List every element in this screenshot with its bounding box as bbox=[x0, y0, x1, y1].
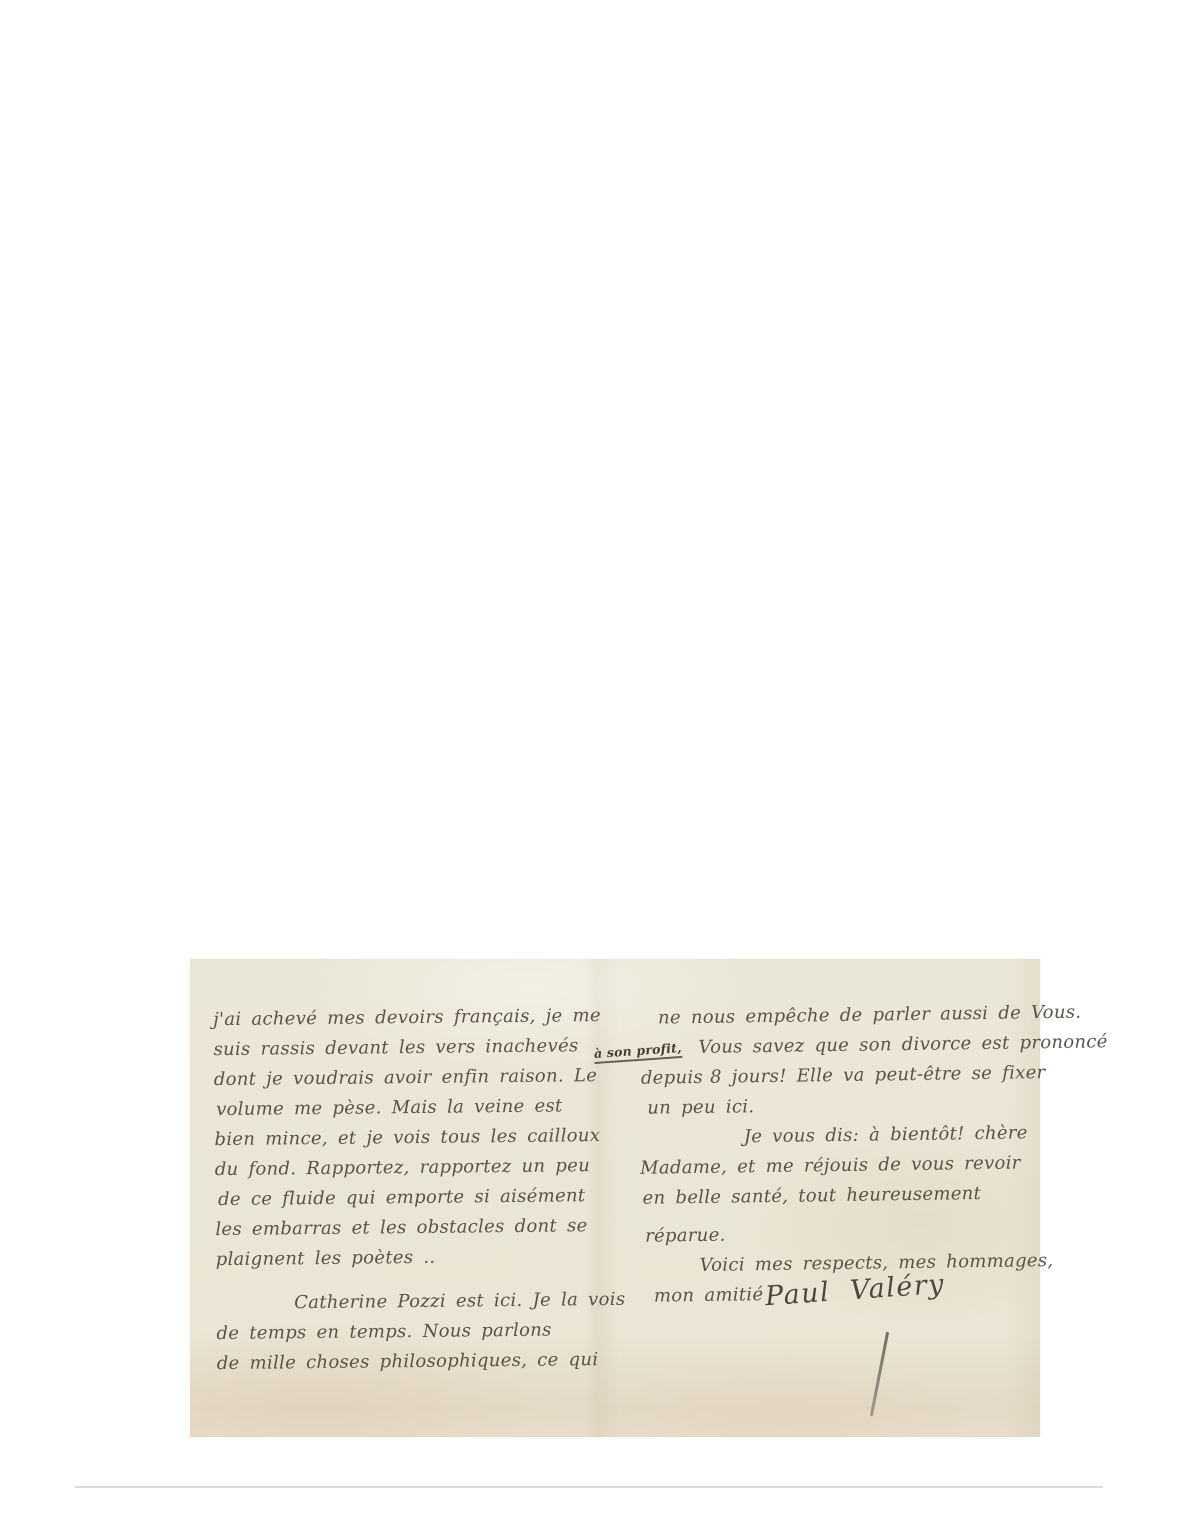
letter-scan: j'ai achevé mes devoirs français, je me … bbox=[190, 959, 1040, 1437]
letter-right-page: ne nous empêche de parler aussi de Vous.… bbox=[638, 998, 1042, 1312]
handwritten-line: en belle santé, tout heureusement bbox=[640, 1178, 1040, 1214]
handwritten-line: de temps en temps. Nous parlons bbox=[216, 1315, 618, 1349]
letter-left-page: j'ai achevé mes devoirs français, je me … bbox=[213, 1001, 619, 1379]
handwritten-line: les embarras et les obstacles dont se bbox=[215, 1211, 617, 1245]
handwritten-line: j'ai achevé mes devoirs français, je me bbox=[213, 1001, 615, 1035]
signature-flourish bbox=[870, 1332, 889, 1417]
handwritten-line: de mille choses philosophiques, ce qui bbox=[217, 1345, 619, 1379]
handwritten-line: bien mince, et je vois tous les cailloux bbox=[214, 1121, 616, 1155]
handwritten-line: de ce fluide qui emporte si aisément bbox=[215, 1181, 617, 1215]
handwritten-line: plaignent les poètes .. bbox=[216, 1241, 618, 1275]
handwritten-line: depuis8 jours! Elle va peut-être se fixe… bbox=[639, 1058, 1039, 1094]
handwritten-line: du fond. Rapportez, rapportez un peu bbox=[215, 1151, 617, 1185]
handwritten-line: volume me pèse. Mais la veine est bbox=[214, 1091, 616, 1125]
handwritten-line: suis rassis devant les vers inachevés bbox=[213, 1031, 615, 1065]
catalog-page: j'ai achevé mes devoirs français, je me … bbox=[0, 0, 1197, 1538]
handwritten-line: dont je voudrais avoir enfin raison. Le bbox=[214, 1061, 616, 1095]
handwritten-line-rest: 8 jours! Elle va peut-être se fixer bbox=[710, 1062, 1046, 1088]
inserted-word: depuis bbox=[641, 1067, 703, 1089]
handwritten-line: Catherine Pozzi est ici. Je la vois bbox=[216, 1285, 618, 1319]
bottom-divider-line bbox=[75, 1486, 1103, 1488]
